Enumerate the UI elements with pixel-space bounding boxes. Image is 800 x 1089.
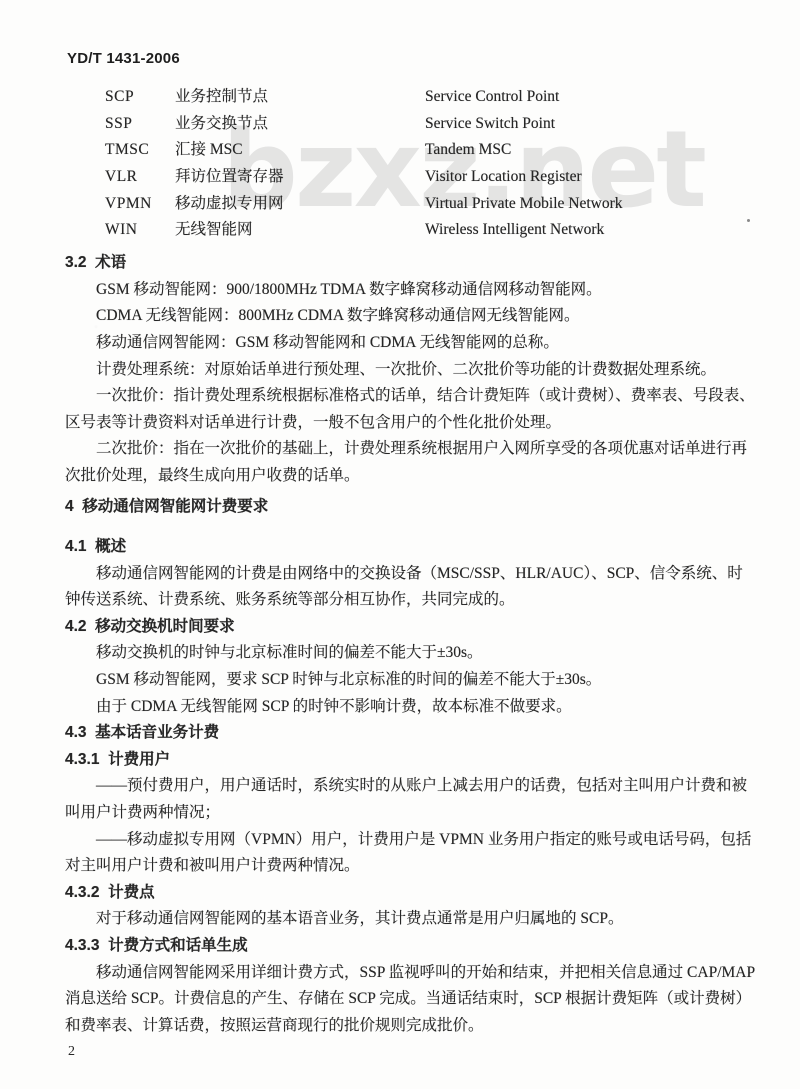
paragraph: GSM 移动智能网：900/1800MHz TDMA 数字蜂窝移动通信网移动智能… [65,277,757,304]
abbreviation-english: Tandem MSC [425,137,757,164]
section-heading: 4 移动通信网智能网计费要求 [65,494,757,521]
abbreviation-english: Service Switch Point [425,111,757,138]
paragraph: CDMA 无线智能网：800MHz CDMA 数字蜂窝移动通信网无线智能网。 [65,303,757,330]
paragraph: ——预付费用户，用户通话时，系统实时的从账户上减去用户的话费，包括对主叫用户计费… [65,773,757,826]
paragraph: GSM 移动智能网，要求 SCP 时钟与北京标准的时间的偏差不能大于±30s。 [65,667,757,694]
paragraph: 移动通信网智能网的计费是由网络中的交换设备（MSC/SSP、HLR/AUC）、S… [65,561,757,614]
abbreviation-chinese: 业务交换节点 [175,111,425,138]
abbreviation-row: WIN无线智能网Wireless Intelligent Network [105,217,757,244]
section-heading: 4.3.2 计费点 [65,880,757,907]
abbreviation-code: WIN [105,217,175,244]
page-number: 2 [68,1044,75,1060]
document-standard-number: YD/T 1431-2006 [67,50,180,67]
abbreviation-english: Wireless Intelligent Network [425,217,757,244]
section-blocks: 3.2 术语GSM 移动智能网：900/1800MHz TDMA 数字蜂窝移动通… [65,250,757,1039]
abbreviation-chinese: 无线智能网 [175,217,425,244]
section-heading: 3.2 术语 [65,250,757,277]
abbreviation-row: TMSC汇接 MSCTandem MSC [105,137,757,164]
abbreviation-row: VPMN移动虚拟专用网Virtual Private Mobile Networ… [105,191,757,218]
abbreviation-code: SSP [105,111,175,138]
abbreviation-chinese: 拜访位置寄存器 [175,164,425,191]
abbreviation-english: Service Control Point [425,84,757,111]
abbreviation-code: TMSC [105,137,175,164]
section-heading: 4.3.3 计费方式和话单生成 [65,933,757,960]
abbreviation-english: Virtual Private Mobile Network [425,191,757,218]
paragraph: 二次批价：指在一次批价的基础上，计费处理系统根据用户入网所享受的各项优惠对话单进… [65,436,757,489]
abbreviation-table: SCP业务控制节点Service Control PointSSP业务交换节点S… [105,84,757,244]
section-heading: 4.2 移动交换机时间要求 [65,614,757,641]
paragraph: 对于移动通信网智能网的基本语音业务，其计费点通常是用户归属地的 SCP。 [65,906,757,933]
paragraph: 由于 CDMA 无线智能网 SCP 的时钟不影响计费，故本标准不做要求。 [65,694,757,721]
abbreviation-row: SSP业务交换节点Service Switch Point [105,111,757,138]
paragraph: 一次批价：指计费处理系统根据标准格式的话单，结合计费矩阵（或计费树）、费率表、号… [65,383,757,436]
abbreviation-english: Visitor Location Register [425,164,757,191]
paragraph: ——移动虚拟专用网（VPMN）用户，计费用户是 VPMN 业务用户指定的账号或电… [65,827,757,880]
abbreviation-code: SCP [105,84,175,111]
section-heading: 4.1 概述 [65,534,757,561]
abbreviation-chinese: 移动虚拟专用网 [175,191,425,218]
scan-artifact-dot [747,219,750,222]
abbreviation-row: SCP业务控制节点Service Control Point [105,84,757,111]
abbreviation-chinese: 业务控制节点 [175,84,425,111]
paragraph: 计费处理系统：对原始话单进行预处理、一次批价、二次批价等功能的计费数据处理系统。 [65,357,757,384]
section-heading: 4.3.1 计费用户 [65,747,757,774]
abbreviation-code: VLR [105,164,175,191]
abbreviation-row: VLR拜访位置寄存器Visitor Location Register [105,164,757,191]
abbreviation-chinese: 汇接 MSC [175,137,425,164]
document-body: SCP业务控制节点Service Control PointSSP业务交换节点S… [65,84,757,1039]
section-heading: 4.3 基本话音业务计费 [65,720,757,747]
paragraph: 移动交换机的时钟与北京标准时间的偏差不能大于±30s。 [65,640,757,667]
paragraph: 移动通信网智能网采用详细计费方式，SSP 监视呼叫的开始和结束，并把相关信息通过… [65,960,757,1040]
paragraph: 移动通信网智能网：GSM 移动智能网和 CDMA 无线智能网的总称。 [65,330,757,357]
abbreviation-code: VPMN [105,191,175,218]
document-page: bzxz.net YD/T 1431-2006 SCP业务控制节点Service… [0,0,800,1089]
